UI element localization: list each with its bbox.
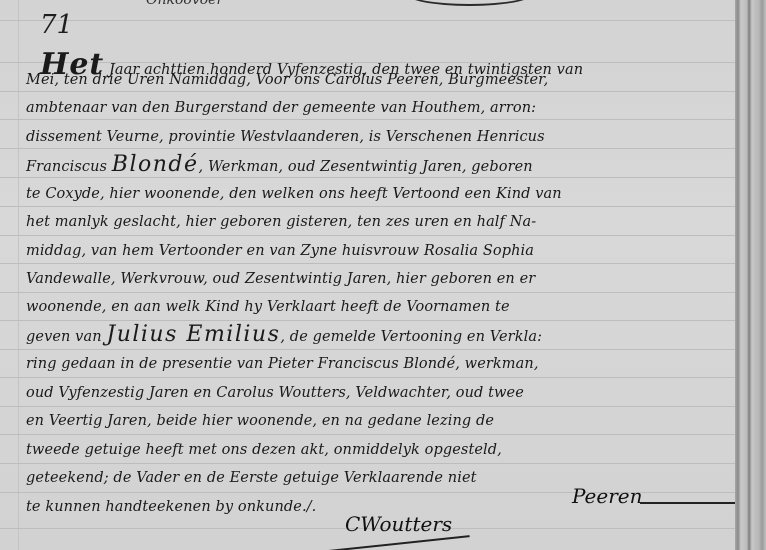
child-given-names: Julius Emilius [106,322,280,347]
text-line-17: te kunnen handteekenen by onkunde./. [26,499,316,515]
text-line-8: middag, van hem Vertoonder en van Zyne h… [26,243,534,259]
ruled-line [0,263,735,264]
ruled-line [0,20,735,21]
ruled-line [0,434,735,435]
signature-flourish [640,502,745,504]
register-page: Onkoovoer 71 Het Jaar achttien honderd V… [0,0,735,550]
witness-signature: CWoutters [345,512,452,536]
left-margin-line [18,0,19,550]
ruled-line [0,177,735,178]
text-line-14: en Veertig Jaren, beide hier woonende, e… [26,413,494,429]
text-line-6: te Coxyde, hier woonende, den welken ons… [26,186,562,202]
text-line-11: geven van Julius Emilius, de gemelde Ver… [26,322,542,347]
line-text: Franciscus [26,159,112,175]
text-line-5: Franciscus Blondé, Werkman, oud Zesentwi… [26,152,533,177]
line-text: , de gemelde Vertooning en Verkla: [280,329,542,345]
ruled-line [0,148,735,149]
text-line-2: Mei, ten drie Uren Namiddag, Voor ons Ca… [26,72,548,88]
ruled-line [0,463,735,464]
record-number: 71 [40,10,73,40]
ruled-line [0,91,735,92]
text-line-10: woonende, en aan welk Kind hy Verklaart … [26,299,510,315]
ruled-line [0,206,735,207]
signature-underline [320,535,469,550]
ruled-line [0,292,735,293]
book-binding-edge [735,0,766,550]
text-line-4: dissement Veurne, provintie Westvlaander… [26,129,545,145]
father-surname: Blondé [112,152,199,177]
header-oval-mark [405,0,534,6]
ruled-line [0,235,735,236]
ruled-line [0,377,735,378]
text-line-7: het manlyk geslacht, hier geboren gister… [26,214,536,230]
ruled-line [0,349,735,350]
ruled-line [0,320,735,321]
text-line-9: Vandewalle, Werkvrouw, oud Zesentwintig … [26,271,535,287]
mayor-signature: Peeren [572,484,643,508]
header-fragment: Onkoovoer [146,0,223,8]
ruled-line [0,406,735,407]
text-line-13: oud Vyfenzestig Jaren en Carolus Woutter… [26,385,524,401]
text-line-16: geteekend; de Vader en de Eerste getuige… [26,470,477,486]
ruled-line [0,119,735,120]
text-line-15: tweede getuige heeft met ons dezen akt, … [26,442,502,458]
text-line-12: ring gedaan in de presentie van Pieter F… [26,356,539,372]
line-text: geven van [26,329,106,345]
text-line-3: ambtenaar van den Burgerstand der gemeen… [26,100,536,116]
line-text: , Werkman, oud Zesentwintig Jaren, gebor… [199,159,533,175]
